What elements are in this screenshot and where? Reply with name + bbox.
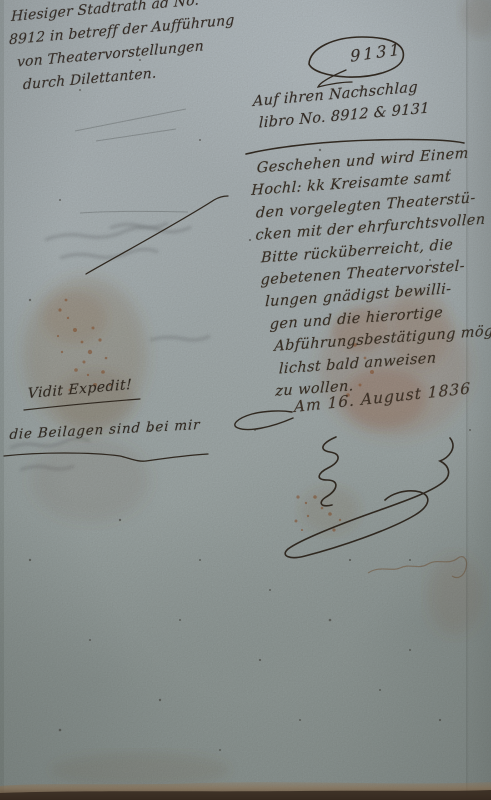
diagonal-pen-stroke [86,196,228,274]
registrar-headnote: Hiesiger Stadtrath ad No. 8912 in betref… [10,0,239,98]
signature-paraph [285,438,453,558]
reference-note: Auf ihren Nachschlag libro No. 8912 & 91… [252,76,431,135]
dateline-lead-loop [235,411,293,430]
registry-number-text: 9131 [350,39,403,65]
faint-signature [368,557,467,578]
document-page: Hiesiger Stadtrath ad No. 8912 in betref… [0,0,491,800]
enclosures-note: die Beilagen sind bei mir [9,417,201,443]
enclosures-underline [4,453,208,461]
central-paraph [319,437,338,506]
enclosures-line: die Beilagen sind bei mir [9,417,201,443]
vidit-expedit-note: Vidit Expedit! [27,377,133,402]
pencil-scratches [75,109,188,213]
right-fold-shadow [466,0,491,800]
body-paragraph: Geschehen und wird Einem Hochl: kk Kreis… [249,141,491,403]
vidit-line: Vidit Expedit! [28,377,133,402]
left-edge-shadow [0,0,4,800]
registry-number: 9131 [349,39,404,65]
